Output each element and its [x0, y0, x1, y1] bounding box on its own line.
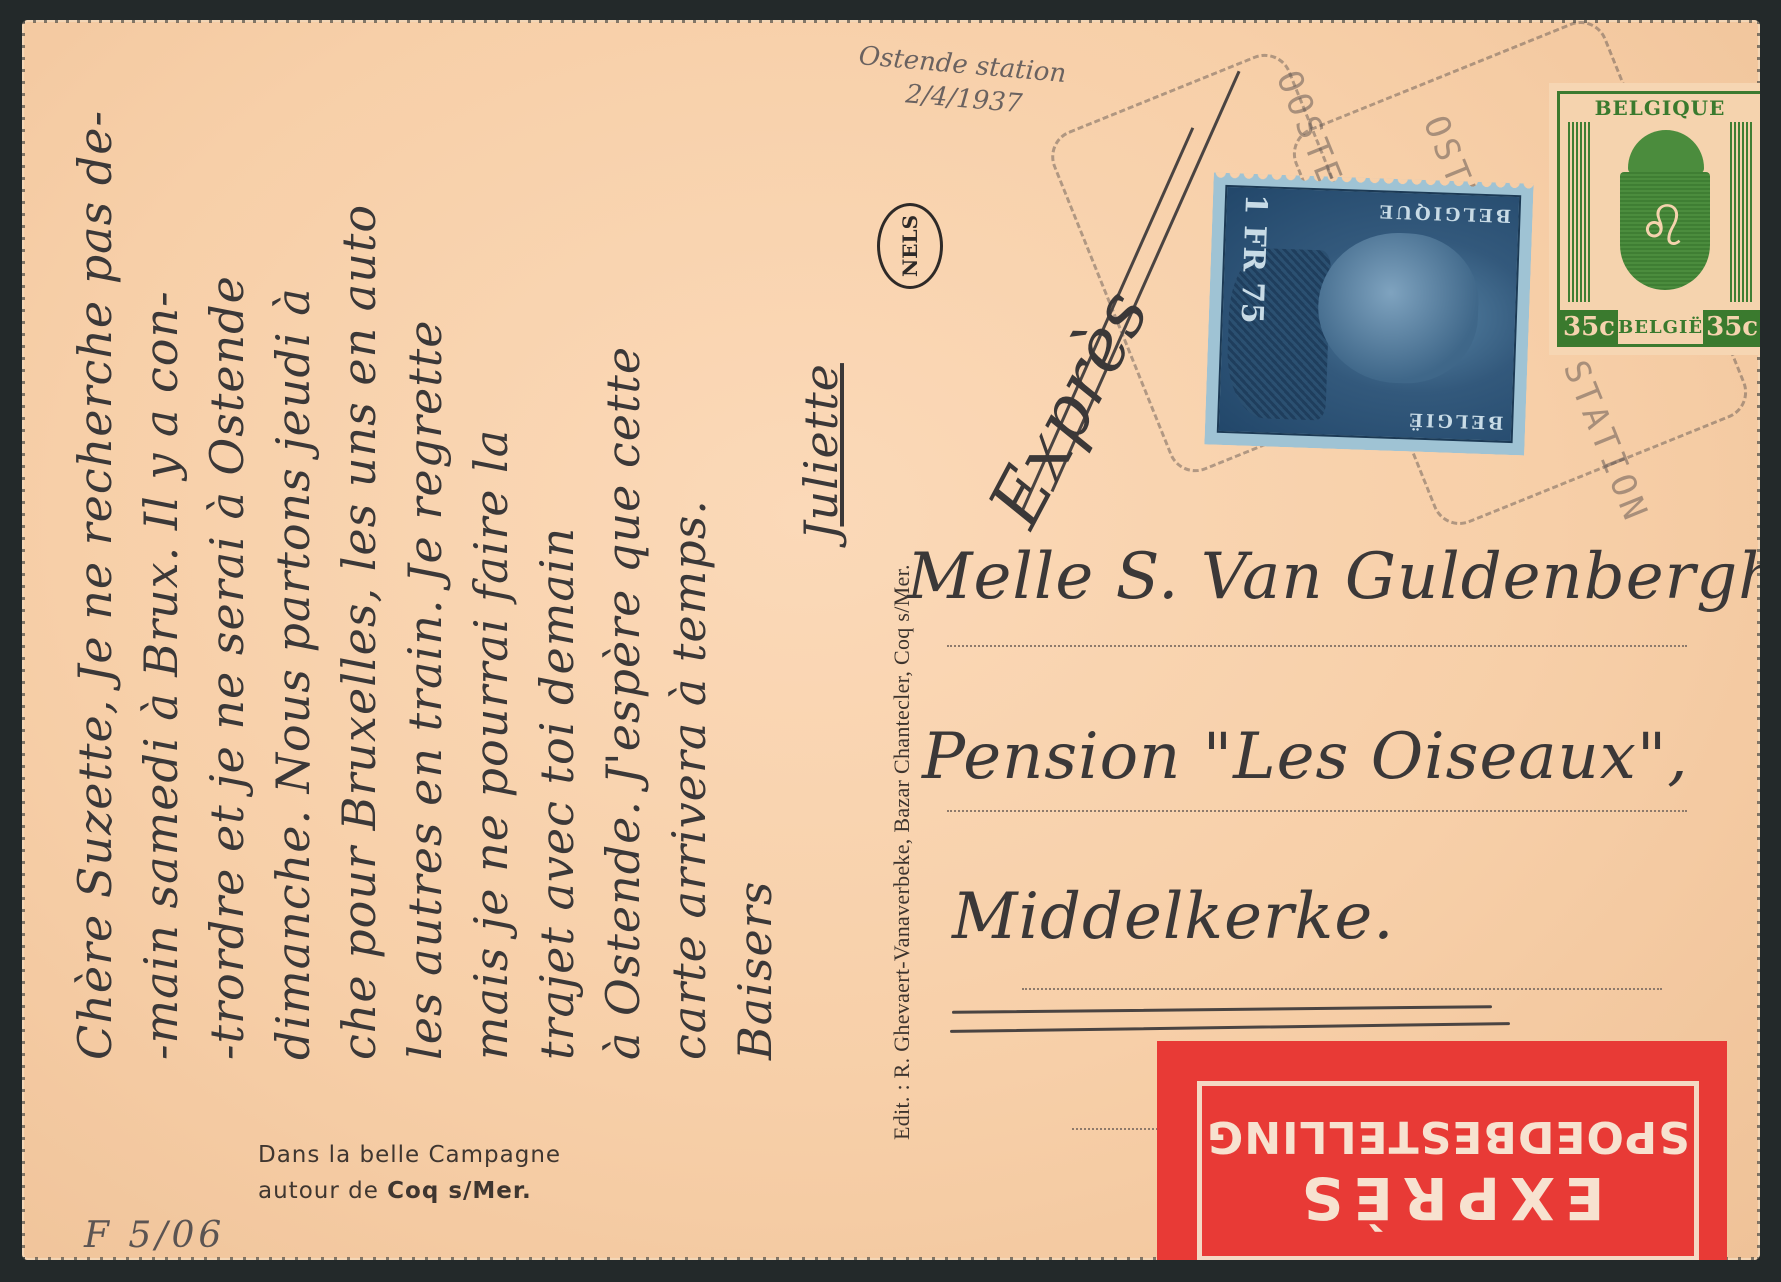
- crown-icon: [1628, 130, 1704, 174]
- lion-icon: ♌: [1638, 194, 1688, 259]
- handwritten-expres: Exprès: [972, 276, 1165, 539]
- publisher-logo-icon: NELS: [877, 203, 943, 289]
- stamp-bottom-band: 35c BELGIË 35c: [1560, 310, 1760, 344]
- message-line: à Ostende. J'espère que cette: [590, 30, 656, 1060]
- address-line-2: Pension "Les Oiseaux",: [922, 720, 1689, 794]
- message-line: Chère Suzette, Je ne recherche pas de-: [62, 30, 128, 1060]
- caption-prefix: autour de: [258, 1178, 379, 1204]
- stamp-green: BELGIQUE ♌ 35c BELGIË 35c: [1549, 83, 1760, 355]
- address-underline: [952, 1005, 1492, 1014]
- message-line: -main samedi à Brux. Il y a con-: [128, 30, 194, 1060]
- stamp-country: BELGIË: [1406, 408, 1504, 432]
- stamp-blue-design: 1 FR 75 BELGIQUE BELGIË: [1217, 185, 1521, 443]
- caption-place: Coq s/Mer.: [387, 1178, 532, 1204]
- address-city: Middelkerke.: [952, 880, 1395, 954]
- handwritten-message: Chère Suzette, Je ne recherche pas de- -…: [62, 30, 882, 1060]
- drape-icon: [1568, 122, 1590, 302]
- drape-icon: [1730, 122, 1752, 302]
- stamp-blue: 1 FR 75 BELGIQUE BELGIË: [1204, 172, 1533, 455]
- address-dotted-line: [1072, 1128, 1162, 1130]
- stamp-value: 1 FR 75: [1234, 193, 1274, 324]
- stamp-country: BELGIQUE: [1560, 96, 1760, 120]
- address-dotted-line: [947, 810, 1687, 812]
- pencil-note: Ostende station 2/4/1937: [854, 39, 1067, 125]
- express-label-title: EXPRÈS: [1292, 1163, 1605, 1233]
- caption-line-1: Dans la belle Campagne: [258, 1137, 561, 1173]
- stamp-value: 35c: [1703, 310, 1760, 344]
- express-label-frame: EXPRÈS SPOEDBESTELLING: [1197, 1081, 1699, 1260]
- stamp-green-design: BELGIQUE ♌ 35c BELGIË 35c: [1557, 91, 1760, 347]
- message-line: che pour Bruxelles, les uns en auto: [326, 30, 392, 1060]
- address-dotted-line: [1022, 988, 1662, 990]
- message-line: trajet avec toi demain: [524, 30, 590, 1060]
- express-label: EXPRÈS SPOEDBESTELLING: [1157, 1041, 1727, 1260]
- message-line: -trordre et je ne serai à Ostende: [194, 30, 260, 1060]
- postcard: Chère Suzette, Je ne recherche pas de- -…: [22, 20, 1760, 1260]
- message-line: mais je ne pourrai faire la: [458, 30, 524, 1060]
- king-portrait-icon: [1316, 230, 1481, 385]
- printed-caption: Dans la belle Campagne autour de Coq s/M…: [258, 1137, 561, 1209]
- express-label-subtitle: SPOEDBESTELLING: [1206, 1109, 1690, 1163]
- address-underline: [950, 1022, 1510, 1033]
- message-line: carte arrivera à temps.: [656, 30, 722, 1060]
- publisher-imprint: Edit. : R. Ghevaert-Vanaverbeke, Bazar C…: [889, 564, 915, 1140]
- message-line: les autres en train. Je regrette: [392, 30, 458, 1060]
- address-recipient: Melle S. Van Guldenbergh: [907, 540, 1760, 614]
- stamp-country: BELGIQUE: [1376, 200, 1511, 226]
- message-line: dimanche. Nous partons jeudi à: [260, 30, 326, 1060]
- message-line: Baisers: [722, 30, 788, 1060]
- signature: Juliette: [788, 30, 854, 1060]
- address-dotted-line: [947, 645, 1687, 647]
- stamp-value: 35c: [1560, 310, 1618, 344]
- caption-line-2: autour de Coq s/Mer.: [258, 1173, 561, 1209]
- catalog-reference: F 5/06: [84, 1215, 225, 1256]
- stamp-country: BELGIË: [1618, 317, 1703, 338]
